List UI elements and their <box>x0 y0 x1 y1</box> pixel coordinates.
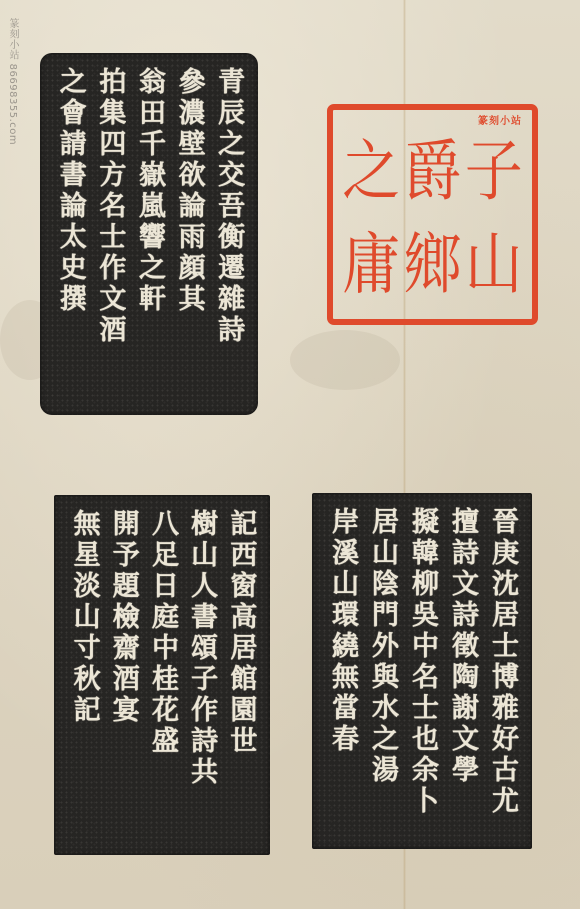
inscription-column: 拍集四方名士作文酒 <box>92 67 126 401</box>
inscription-column: 居山陰門外與水之湯 <box>365 507 399 835</box>
inscription-column: 擅詩文詩徵陶謝文學 <box>445 507 479 835</box>
seal-char: 庸 <box>342 229 400 300</box>
inscription-rubbing-bottom-right: 晉庚沈居士博雅好古尤 擅詩文詩徵陶謝文學 擬韓柳吳中名士也余卜 居山陰門外與水之… <box>312 493 532 849</box>
seal-char: 子 <box>465 135 523 206</box>
inscription-column: 之會請書論太史撰 <box>53 67 87 401</box>
seal-char: 之 <box>342 135 400 206</box>
inscription-column: 無星淡山寸秋記 <box>67 509 101 841</box>
inscription-column: 晉庚沈居士博雅好古尤 <box>485 507 519 835</box>
inscription-column: 擬韓柳吳中名士也余卜 <box>405 507 439 835</box>
seal-column: 爵 鄉 <box>402 124 462 311</box>
inscription-column: 岸溪山環繞無當春 <box>325 507 359 835</box>
inscription-column: 參濃壁欲論雨顔其 <box>172 67 206 401</box>
inscription-column: 翁田千嶽嵐響之軒 <box>132 67 166 401</box>
seal-column: 之 庸 <box>341 124 401 311</box>
inscription-column: 記西窗高居館園世 <box>223 509 257 841</box>
seal-column: 子 山 <box>464 124 524 311</box>
inscription-rubbing-bottom-left: 記西窗高居館園世 樹山人書頌子作詩共 八足日庭中桂花盛 開予題檢齋酒宴 無星淡山… <box>54 495 270 855</box>
seal-characters: 子 山 爵 鄉 之 庸 <box>341 124 524 311</box>
seal-char: 鄉 <box>403 229 461 300</box>
inscription-rubbing-top-left: 青辰之交吾衡遷雜詩 參濃壁欲論雨顔其 翁田千嶽嵐響之軒 拍集四方名士作文酒 之會… <box>40 53 258 415</box>
seal-char: 山 <box>465 229 523 300</box>
site-watermark: 篆刻小站 86698355.com <box>4 18 18 145</box>
paper-stain <box>290 330 400 390</box>
seal-char: 爵 <box>403 135 461 206</box>
inscription-column: 樹山人書頌子作詩共 <box>184 509 218 841</box>
inscription-column: 八足日庭中桂花盛 <box>145 509 179 841</box>
red-seal-impression: 篆刻小站 子 山 爵 鄉 之 庸 <box>327 104 538 325</box>
inscription-column: 青辰之交吾衡遷雜詩 <box>211 67 245 401</box>
inscription-column: 開予題檢齋酒宴 <box>106 509 140 841</box>
